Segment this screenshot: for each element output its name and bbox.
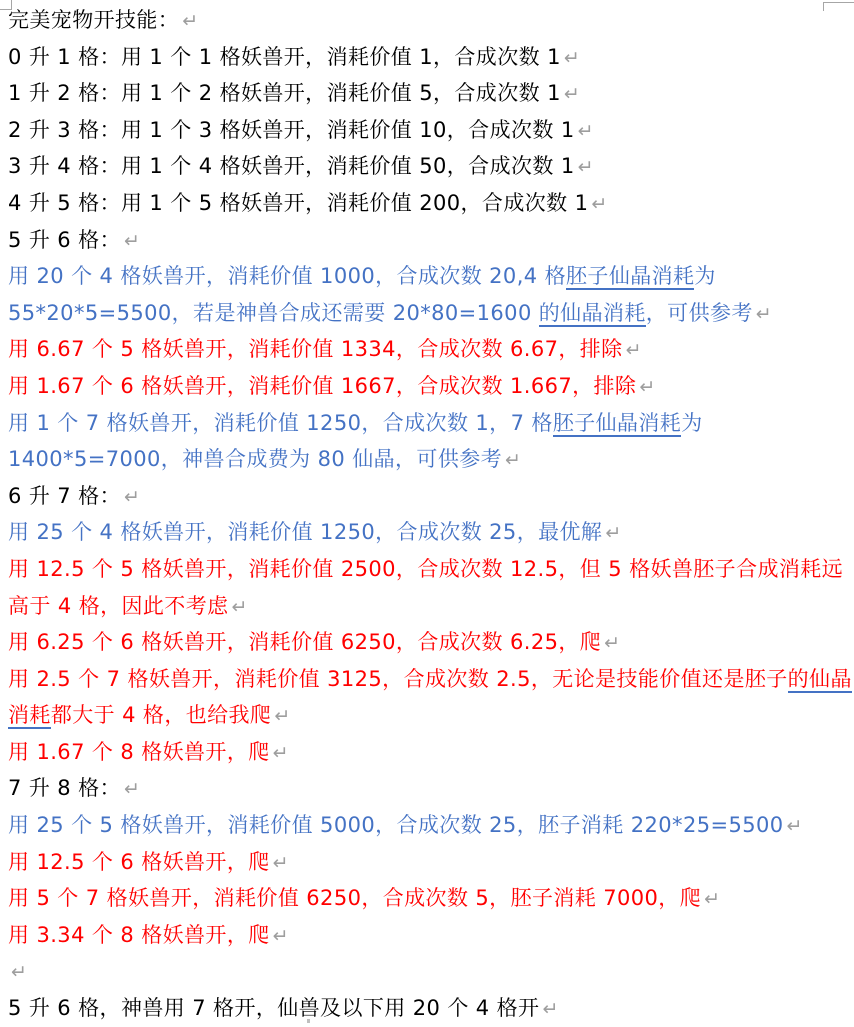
text-line: 用 1.67 个 8 格妖兽开，爬↵ (8, 734, 854, 771)
paragraph-mark-icon: ↵ (124, 486, 140, 508)
text-line: 6 升 7 格：↵ (8, 478, 854, 515)
text-run: 为 (681, 411, 702, 435)
text-line: 用 1.67 个 6 格妖兽开，消耗价值 1667，合成次数 1.667，排除↵ (8, 368, 854, 405)
text-run: 的仙晶 (788, 667, 852, 693)
text-run: 胚子仙晶消耗 (566, 264, 694, 290)
text-run: 用 1.67 个 6 格妖兽开，消耗价值 1667，合成次数 1.667，排除 (8, 374, 636, 398)
paragraph-mark-icon: ↵ (273, 742, 289, 764)
text-run: 6 升 7 格： (8, 484, 121, 508)
text-run: 1 升 2 格：用 1 个 2 格妖兽开，消耗价值 5，合成次数 1 (8, 81, 561, 105)
text-run: 都大于 4 格，也给我爬 (51, 703, 272, 727)
paragraph-mark-icon: ↵ (273, 852, 289, 874)
text-line: 3 升 4 格：用 1 个 4 格妖兽开，消耗价值 50，合成次数 1↵ (8, 148, 854, 185)
text-run: 用 12.5 个 5 格妖兽开，消耗价值 2500，合成次数 12.5，但 5 … (8, 557, 843, 581)
text-run: 2 升 3 格：用 1 个 3 格妖兽开，消耗价值 10，合成次数 1 (8, 118, 575, 142)
text-line: 用 3.34 个 8 格妖兽开，爬↵ (8, 917, 854, 954)
text-run: 胚子仙晶消耗 (553, 411, 681, 437)
text-line: 消耗都大于 4 格，也给我爬↵ (8, 697, 854, 734)
text-run: 用 2.5 个 7 格妖兽开，消耗价值 3125，合成次数 2.5，无论是技能价… (8, 667, 788, 691)
text-line: 用 25 个 5 格妖兽开，消耗价值 5000，合成次数 25，胚子消耗 220… (8, 807, 854, 844)
text-run: 高于 4 格，因此不考虑 (8, 594, 229, 618)
text-line: ↵ (8, 953, 854, 990)
paragraph-mark-icon: ↵ (639, 376, 655, 398)
text-run: 的仙晶消耗 (539, 301, 646, 327)
paragraph-mark-icon: ↵ (564, 83, 580, 105)
text-line: 4 升 5 格：用 1 个 5 格妖兽开，消耗价值 200，合成次数 1↵ (8, 185, 854, 222)
text-line: 完美宠物开技能：↵ (8, 2, 854, 39)
paragraph-mark-icon: ↵ (756, 303, 772, 325)
text-run: 用 25 个 4 格妖兽开，消耗价值 1250，合成次数 25，最优解 (8, 520, 602, 544)
paragraph-mark-icon: ↵ (273, 925, 289, 947)
text-boundary-mark-top-right-horizontal (823, 2, 854, 3)
text-line: 用 2.5 个 7 格妖兽开，消耗价值 3125，合成次数 2.5，无论是技能价… (8, 661, 854, 698)
text-line: 用 6.67 个 5 格妖兽开，消耗价值 1334，合成次数 6.67，排除↵ (8, 331, 854, 368)
paragraph-mark-icon: ↵ (564, 47, 580, 69)
paragraph-mark-icon: ↵ (232, 596, 248, 618)
text-run: 完美宠物开技能： (8, 8, 179, 32)
text-run: 用 1 个 7 格妖兽开，消耗价值 1250，合成次数 1，7 格 (8, 411, 553, 435)
text-line: 高于 4 格，因此不考虑↵ (8, 588, 854, 625)
text-run: 0 升 1 格：用 1 个 1 格妖兽开，消耗价值 1，合成次数 1 (8, 45, 561, 69)
text-line: 0 升 1 格：用 1 个 1 格妖兽开，消耗价值 1，合成次数 1↵ (8, 39, 854, 76)
text-run: 用 12.5 个 6 格妖兽开，爬 (8, 850, 270, 874)
document-body: 完美宠物开技能：↵0 升 1 格：用 1 个 1 格妖兽开，消耗价值 1，合成次… (0, 0, 854, 1027)
text-run: 4 升 5 格：用 1 个 5 格妖兽开，消耗价值 200，合成次数 1 (8, 191, 588, 215)
text-run: 用 5 个 7 格妖兽开，消耗价值 6250，合成次数 5，胚子消耗 7000，… (8, 886, 701, 910)
text-run: 1400*5=7000，神兽合成费为 80 仙晶，可供参考 (8, 447, 502, 471)
paragraph-mark-icon: ↵ (124, 230, 140, 252)
text-line: 1400*5=7000，神兽合成费为 80 仙晶，可供参考↵ (8, 441, 854, 478)
text-run: 用 25 个 5 格妖兽开，消耗价值 5000，合成次数 25，胚子消耗 220… (8, 813, 784, 837)
text-line: 用 1 个 7 格妖兽开，消耗价值 1250，合成次数 1，7 格胚子仙晶消耗为 (8, 405, 854, 442)
text-line: 用 6.25 个 6 格妖兽开，消耗价值 6250，合成次数 6.25，爬↵ (8, 624, 854, 661)
text-run: 用 3.34 个 8 格妖兽开，爬 (8, 923, 270, 947)
text-line: 用 12.5 个 5 格妖兽开，消耗价值 2500，合成次数 12.5，但 5 … (8, 551, 854, 588)
text-run: 用 6.67 个 5 格妖兽开，消耗价值 1334，合成次数 6.67，排除 (8, 337, 623, 361)
text-line: 用 5 个 7 格妖兽开，消耗价值 6250，合成次数 5，胚子消耗 7000，… (8, 880, 854, 917)
text-run: 用 6.25 个 6 格妖兽开，消耗价值 6250，合成次数 6.25，爬 (8, 630, 601, 654)
text-line: 2 升 3 格：用 1 个 3 格妖兽开，消耗价值 10，合成次数 1↵ (8, 112, 854, 149)
text-line: 5 升 6 格：↵ (8, 222, 854, 259)
text-boundary-mark-top-left-vertical (11, 0, 12, 10)
text-boundary-mark-top-right-vertical (823, 2, 824, 11)
text-run: 7 升 8 格： (8, 776, 121, 800)
paragraph-mark-icon: ↵ (578, 156, 594, 178)
text-line: 用 12.5 个 6 格妖兽开，爬↵ (8, 844, 854, 881)
text-line: 用 20 个 4 格妖兽开，消耗价值 1000，合成次数 20,4 格胚子仙晶消… (8, 258, 854, 295)
text-run: 为 (694, 264, 715, 288)
text-run: 5 升 6 格： (8, 228, 121, 252)
paragraph-mark-icon: ↵ (124, 778, 140, 800)
text-run: 55*20*5=5500，若是神兽合成还需要 20*80=1600 (8, 301, 539, 325)
text-run: 用 20 个 4 格妖兽开，消耗价值 1000，合成次数 20,4 格 (8, 264, 566, 288)
paragraph-mark-icon: ↵ (626, 339, 642, 361)
text-run: ，可供参考 (646, 301, 753, 325)
paragraph-mark-icon: ↵ (505, 449, 521, 471)
text-run: 消耗 (8, 703, 51, 729)
paragraph-mark-icon: ↵ (787, 815, 803, 837)
text-run: 3 升 4 格：用 1 个 4 格妖兽开，消耗价值 50，合成次数 1 (8, 154, 575, 178)
paragraph-mark-icon: ↵ (542, 998, 558, 1020)
paragraph-mark-icon: ↵ (578, 120, 594, 142)
paragraph-mark-icon: ↵ (591, 193, 607, 215)
paragraph-mark-icon: ↵ (604, 632, 620, 654)
paragraph-mark-icon: ↵ (182, 10, 198, 32)
text-line: 用 25 个 4 格妖兽开，消耗价值 1250，合成次数 25，最优解↵ (8, 514, 854, 551)
text-line: 7 升 8 格：↵ (8, 770, 854, 807)
text-run: 5 升 6 格，神兽用 7 格开，仙兽及以下用 20 个 4 格开 (8, 996, 539, 1020)
cut-off-next-line-fragment (307, 1019, 310, 1023)
paragraph-mark-icon: ↵ (605, 522, 621, 544)
text-line: 5 升 6 格，神兽用 7 格开，仙兽及以下用 20 个 4 格开↵ (8, 990, 854, 1027)
text-line: 55*20*5=5500，若是神兽合成还需要 20*80=1600 的仙晶消耗，… (8, 295, 854, 332)
paragraph-mark-icon: ↵ (274, 705, 290, 727)
paragraph-mark-icon: ↵ (11, 961, 27, 983)
text-line: 1 升 2 格：用 1 个 2 格妖兽开，消耗价值 5，合成次数 1↵ (8, 75, 854, 112)
text-run: 用 1.67 个 8 格妖兽开，爬 (8, 740, 270, 764)
paragraph-mark-icon: ↵ (704, 888, 720, 910)
